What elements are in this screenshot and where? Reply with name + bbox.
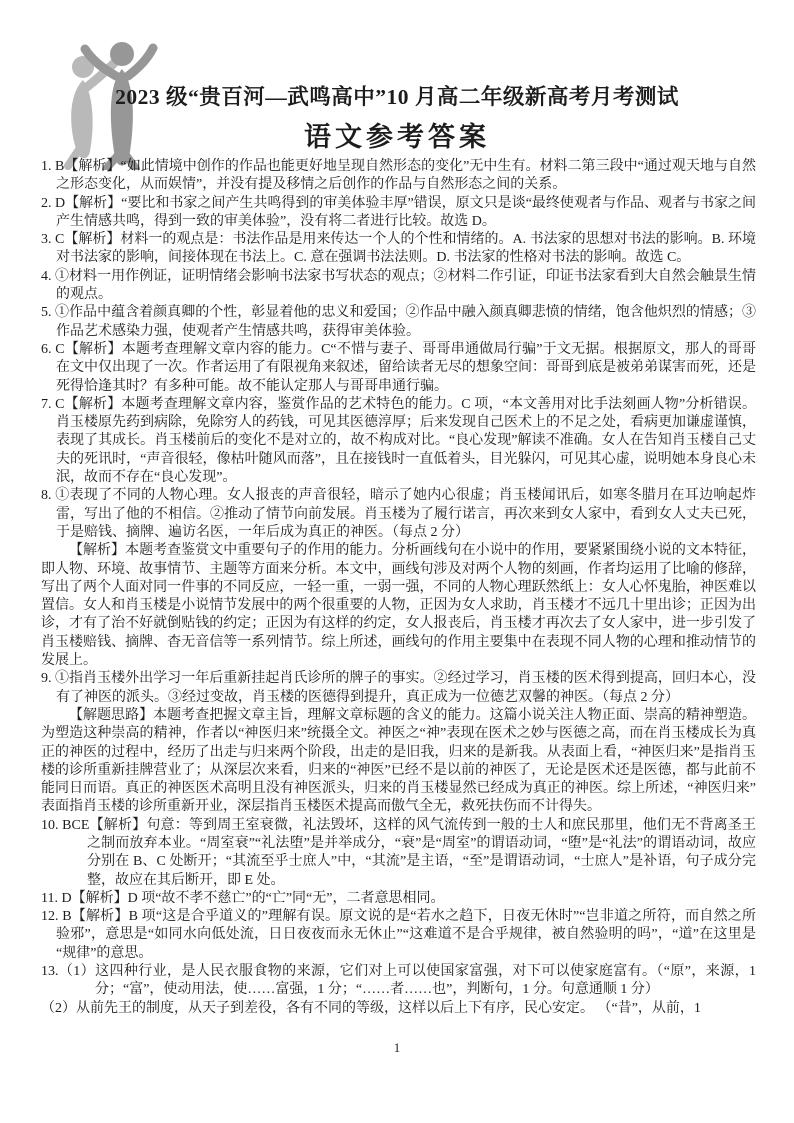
answer-item-1: 1. B【解析】“如此情境中创作的作品也能更好地呈现自然形态的变化”无中生有。材…	[41, 158, 756, 195]
answer-item-11: 11. D【解析】D 项“故不孝不慈亡”的“亡”同“无”，二者意思相同。	[41, 890, 756, 908]
document-header: 2023 级“贵百河—武鸣高中”10 月高二年级新高考月考测试 语文参考答案	[0, 0, 794, 150]
answer-item-5: 5. ①作品中蕴含着颜真卿的个性，彰显着他的忠义和爱国；②作品中融入颜真卿悲愤的…	[41, 304, 756, 341]
answer-item-8: 8. ①表现了不同的人物心理。女人报丧的声音很轻，暗示了她内心很虚；肖玉楼闻讯后…	[41, 487, 756, 542]
exam-title: 2023 级“贵百河—武鸣高中”10 月高二年级新高考月考测试	[0, 0, 794, 111]
answer-item-9: 9. ①指肖玉楼外出学习一年后重新挂起肖氏诊所的牌子的事实。②经过学习，肖玉楼的…	[41, 670, 756, 707]
answers-section: 1. B【解析】“如此情境中创作的作品也能更好地呈现自然形态的变化”无中生有。材…	[0, 150, 794, 1018]
answer-item-13-part2: （2）从前先王的制度，从天子到差役，各有不同的等级，这样以后上下有序，民心安定。…	[41, 1000, 756, 1018]
answer-item-4: 4. ①材料一用作例证，证明情绪会影响书法家书写状态的观点；②材料二作引证，印证…	[41, 268, 756, 305]
answer-item-6: 6. C【解析】本题考查理解文章内容的能力。C“不惜与妻子、哥哥串通做局行骗”于…	[41, 341, 756, 396]
answer-item-9-note: 【解题思路】本题考查把握文章主旨，理解文章标题的含义的能力。这篇小说关注人物正面…	[41, 707, 756, 817]
answer-key-title: 语文参考答案	[0, 115, 794, 154]
answer-item-3: 3. C【解析】材料一的观点是：书法作品是用来传达一个人的个性和情绪的。A. 书…	[41, 231, 756, 268]
answer-key-page: 2023 级“贵百河—武鸣高中”10 月高二年级新高考月考测试 语文参考答案 1…	[0, 0, 794, 1123]
answer-item-8-note: 【解析】本题考查鉴赏文中重要句子的作用的能力。分析画线句在小说中的作用，要紧紧围…	[41, 542, 756, 670]
page-number: 1	[394, 1040, 401, 1055]
page-footer: 1	[0, 1040, 794, 1056]
answer-item-2: 2. D【解析】“要比和书家之间产生共鸣得到的审美体验丰厚”错误，原文只是谈“最…	[41, 195, 756, 232]
answer-item-13-part1: 13.（1）这四种行业，是人民衣服食物的来源，它们对上可以使国家富强，对下可以使…	[41, 963, 756, 1000]
answer-item-12: 12. B【解析】B 项“这是合乎道义的”理解有误。原文说的是“若水之趋下，日夜…	[41, 908, 756, 963]
answer-item-7: 7. C【解析】本题考查理解文章内容，鉴赏作品的艺术特色的能力。C 项，“本文善…	[41, 396, 756, 487]
answer-item-10: 10. BCE【解析】句意：等到周王室衰微，礼法毁坏，这样的风气流传到一般的士人…	[41, 817, 756, 890]
